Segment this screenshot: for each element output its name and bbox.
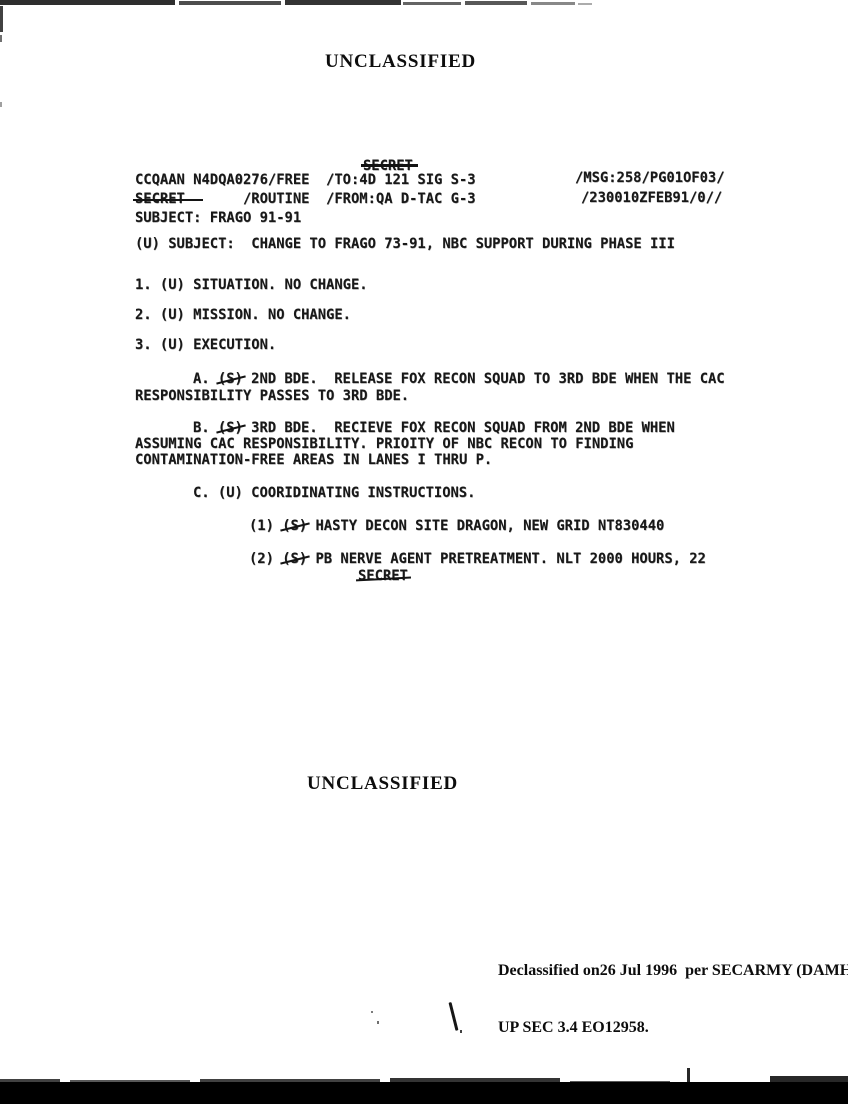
subitem-2-prefix: (2) — [249, 551, 282, 567]
scan-artifact-left-edge — [0, 35, 2, 42]
scan-artifact-top-edge — [179, 1, 281, 5]
paragraph-1-situation: 1. (U) SITUATION. NO CHANGE. — [135, 277, 368, 294]
scan-artifact-top-edge — [578, 3, 592, 5]
subitem-2-text: PB NERVE AGENT PRETREATMENT. NLT 2000 HO… — [307, 551, 706, 567]
scan-artifact-top-edge — [0, 0, 175, 5]
item-c-line: C. (U) COORIDINATING INSTRUCTIONS. — [193, 485, 475, 502]
item-b-text: 3RD BDE. RECIEVE FOX RECON SQUAD FROM 2N… — [243, 420, 675, 436]
item-a-text: 2ND BDE. RELEASE FOX RECON SQUAD TO 3RD … — [243, 371, 725, 387]
item-a-line: A. (S) 2ND BDE. RELEASE FOX RECON SQUAD … — [193, 371, 725, 388]
header-line-1-right: /MSG:258/PG01OF03/ — [575, 170, 725, 187]
item-a-continuation: RESPONSIBILITY PASSES TO 3RD BDE. — [135, 388, 409, 405]
header-line-2: SECRET /ROUTINE /FROM:QA D-TAC G-3 — [135, 191, 476, 208]
declassification-line-2: UP SEC 3.4 EO12958. — [498, 1018, 848, 1037]
scan-artifact-bottom-bar — [0, 1082, 848, 1104]
subitem-1-text: HASTY DECON SITE DRAGON, NEW GRID NT8304… — [307, 518, 664, 534]
pen-mark — [449, 1002, 458, 1031]
declassification-note: Declassified on26 Jul 1996 per SECARMY (… — [498, 923, 848, 1075]
struck-s-marking: (S) — [282, 551, 307, 568]
scan-artifact-left-edge — [0, 102, 2, 107]
ink-speck — [460, 1030, 462, 1033]
struck-secret-marking: SECRET — [358, 568, 408, 585]
subitem-1-prefix: (1) — [249, 518, 282, 534]
struck-s-marking: (S) — [218, 420, 243, 437]
item-b-prefix: B. — [193, 420, 218, 436]
classification-stamp-top: UNCLASSIFIED — [325, 51, 476, 73]
struck-s-marking: (S) — [282, 518, 307, 535]
header-line-2-text: /ROUTINE /FROM:QA D-TAC G-3 — [185, 191, 476, 207]
scan-artifact-tick — [687, 1068, 690, 1082]
subitem-2-line: (2) (S) PB NERVE AGENT PRETREATMENT. NLT… — [249, 551, 706, 568]
scan-artifact-left-edge — [0, 6, 3, 32]
item-a-prefix: A. — [193, 371, 218, 387]
struck-s-marking: (S) — [218, 371, 243, 388]
item-b-continuation-1: ASSUMING CAC RESPONSIBILITY. PRIOITY OF … — [135, 436, 633, 453]
header-subject-line: SUBJECT: FRAGO 91-91 — [135, 210, 301, 227]
scan-artifact-top-edge — [465, 1, 527, 5]
declassification-line-1: Declassified on26 Jul 1996 per SECARMY (… — [498, 961, 848, 980]
classification-stamp-bottom: UNCLASSIFIED — [307, 773, 458, 795]
paragraph-3-execution: 3. (U) EXECUTION. — [135, 337, 276, 354]
ink-speck — [377, 1021, 379, 1024]
body-subject-line: (U) SUBJECT: CHANGE TO FRAGO 73-91, NBC … — [135, 236, 675, 253]
scan-artifact-top-edge — [285, 0, 401, 5]
scan-artifact-top-edge — [531, 2, 575, 5]
page-bottom-secret: SECRET — [358, 568, 408, 585]
item-b-line: B. (S) 3RD BDE. RECIEVE FOX RECON SQUAD … — [193, 420, 675, 437]
scan-artifact-top-edge — [403, 2, 461, 5]
header-line-2-right: /230010ZFEB91/0// — [581, 190, 722, 207]
item-b-continuation-2: CONTAMINATION-FREE AREAS IN LANES I THRU… — [135, 452, 492, 469]
document-page: UNCLASSIFIED SECRET CCQAAN N4DQA0276/FRE… — [0, 0, 848, 1104]
ink-speck — [371, 1011, 373, 1013]
subitem-1-line: (1) (S) HASTY DECON SITE DRAGON, NEW GRI… — [249, 518, 664, 535]
struck-secret-marking: SECRET — [135, 191, 185, 208]
header-line-1: CCQAAN N4DQA0276/FREE /TO:4D 121 SIG S-3 — [135, 172, 476, 189]
paragraph-2-mission: 2. (U) MISSION. NO CHANGE. — [135, 307, 351, 324]
